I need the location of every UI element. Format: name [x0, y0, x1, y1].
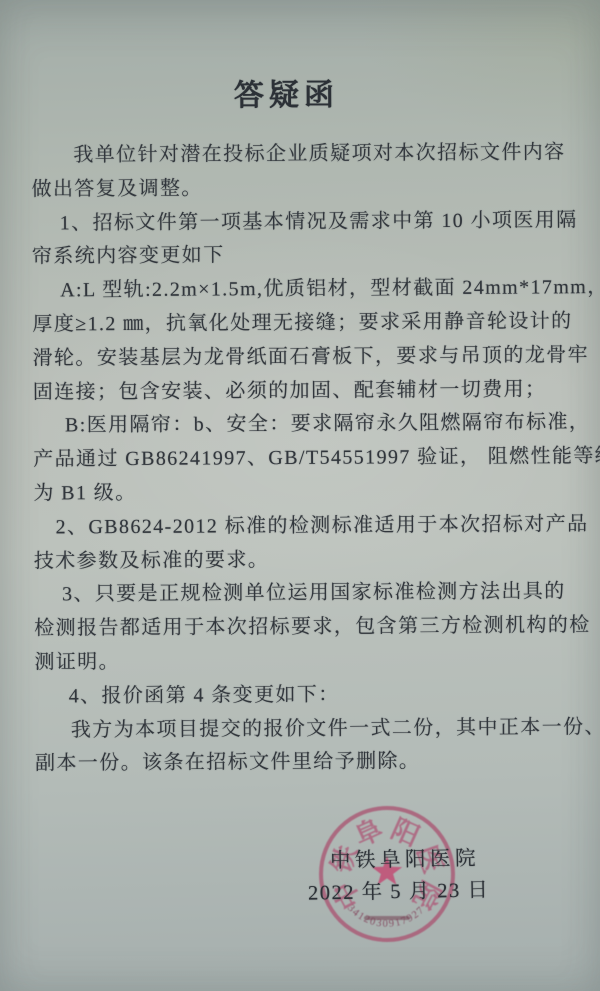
seal-bottom-smudge	[364, 916, 410, 920]
seal-arc-text: 中铁阜阳医院	[325, 814, 449, 914]
document-text-line: 为 B1 级。	[33, 474, 544, 511]
letter-content: 答疑函 我单位针对潜在投标企业质疑项对本次招标文件内容做出答复及调整。1、招标文…	[31, 68, 546, 781]
scanned-document-page: 答疑函 我单位针对潜在投标企业质疑项对本次招标文件内容做出答复及调整。1、招标文…	[0, 0, 600, 991]
stamp-date: 2022 年 5 月 23 日	[308, 872, 490, 905]
seal-arc-character: 阜	[350, 814, 387, 852]
seal-arc-character: 院	[407, 876, 446, 914]
stamp-organization-name: 中铁阜阳医院	[330, 841, 481, 874]
seal-arc-character: 阳	[387, 814, 424, 852]
document-text-line: 滑轮。安装基层为龙骨纸面石膏板下，要求与吊顶的龙骨牢	[32, 339, 543, 376]
seal-arc-character: 中	[328, 876, 367, 914]
official-seal-stamp: 中铁阜阳医院 3412030917927	[302, 788, 472, 966]
document-text-line: 固连接；包含安装、必须的加固、配套辅材一切费用；	[33, 373, 544, 410]
document-text-line: 我单位针对潜在投标企业质疑项对本次招标文件内容	[31, 136, 542, 173]
document-text-line: 我方为本项目提交的报价文件一式二份，其中正本一份、	[35, 711, 546, 748]
document-text-line: 副本一份。该条在招标文件里给予删除。	[35, 745, 546, 782]
document-text-line: 检测报告都适用于本次招标要求，包含第三方检测机构的检	[34, 610, 545, 647]
seal-star-icon	[372, 856, 402, 885]
document-text-line: A:L 型轨:2.2m×1.5m,优质铝材，型材截面 24mm*17mm，	[32, 272, 543, 309]
document-text-line: 1、招标文件第一项基本情况及需求中第 10 小项医用隔	[32, 204, 543, 241]
document-text-line: 4、报价函第 4 条变更如下：	[35, 677, 546, 714]
document-body: 我单位针对潜在投标企业质疑项对本次招标文件内容做出答复及调整。1、招标文件第一项…	[31, 136, 546, 781]
document-title: 答疑函	[31, 68, 542, 115]
seal-ring	[321, 808, 453, 940]
document-text-line: 技术参数及标准的要求。	[34, 542, 545, 579]
seal-arc-character: 医	[411, 842, 448, 877]
document-text-line: 产品通过 GB86241997、GB/T54551997 验证， 阻燃性能等级	[33, 441, 544, 478]
document-text-line: 厚度≥1.2 ㎜，抗氧化处理无接缝；要求采用静音轮设计的	[32, 305, 543, 342]
document-text-line: 做出答复及调整。	[31, 170, 542, 207]
document-text-line: 2、GB8624-2012 标准的检测标准适用于本次招标对产品	[34, 508, 545, 545]
document-text-line: B:医用隔帘：b、安全：要求隔帘永久阻燃隔帘布标准，	[33, 407, 544, 444]
seal-number: 3412030917927	[345, 903, 427, 930]
document-text-line: 测证明。	[34, 643, 545, 680]
document-text-line: 3、只要是正规检测单位运用国家标准检测方法出具的	[34, 576, 545, 613]
seal-arc-character: 铁	[325, 841, 363, 878]
document-text-line: 帘系统内容变更如下	[32, 238, 543, 275]
